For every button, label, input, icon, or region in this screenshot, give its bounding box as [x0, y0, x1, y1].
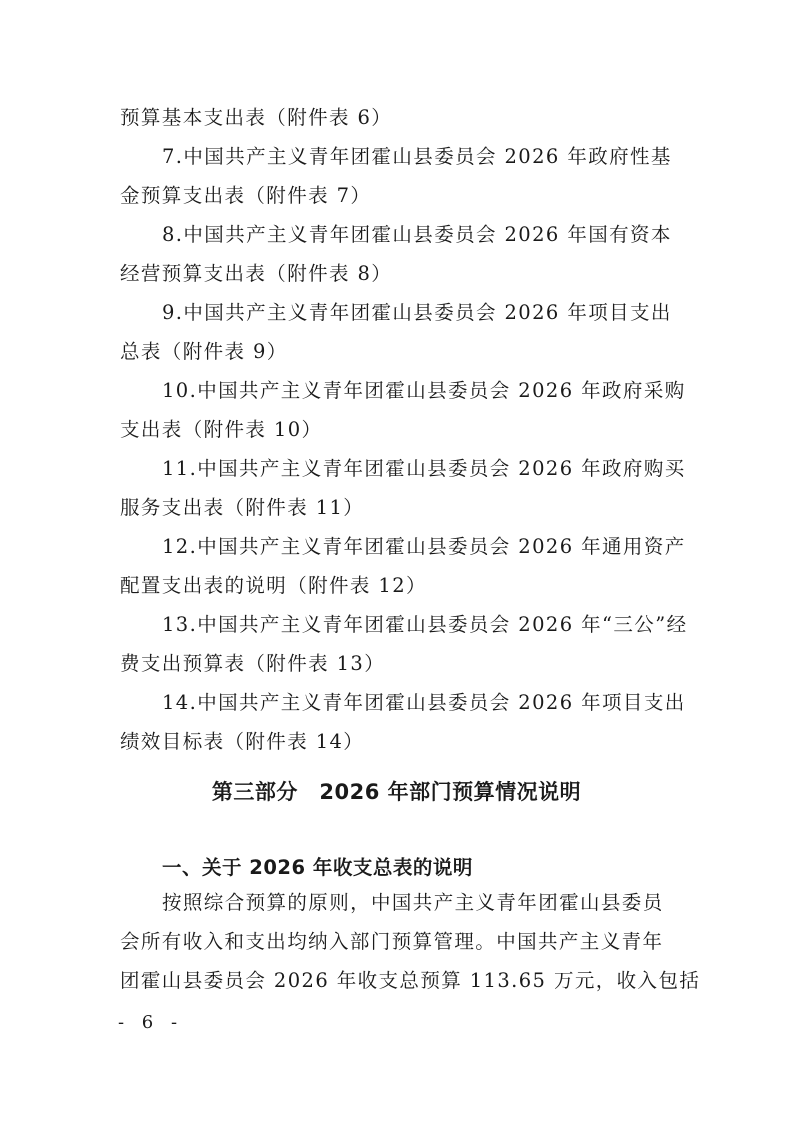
- list-line: 金预算支出表（附件表 7）: [120, 183, 680, 209]
- subheading: 一、关于 2026 年收支总表的说明: [162, 852, 473, 880]
- paragraph-line: 按照综合预算的原则，中国共产主义青年团霍山县委员: [162, 890, 680, 916]
- section-heading: 第三部分 2026 年部门预算情况说明: [0, 776, 793, 806]
- list-item-8: 8.中国共产主义青年团霍山县委员会 2026 年国有资本: [162, 222, 680, 248]
- list-item-12: 12.中国共产主义青年团霍山县委员会 2026 年通用资产: [162, 534, 680, 560]
- list-line: 总表（附件表 9）: [120, 339, 680, 365]
- list-item-7: 7.中国共产主义青年团霍山县委员会 2026 年政府性基: [162, 144, 680, 170]
- list-line: 服务支出表（附件表 11）: [120, 495, 680, 521]
- list-item-10: 10.中国共产主义青年团霍山县委员会 2026 年政府采购: [162, 378, 680, 404]
- list-line: 配置支出表的说明（附件表 12）: [120, 573, 680, 599]
- list-line: 绩效目标表（附件表 14）: [120, 729, 680, 755]
- list-line: 预算基本支出表（附件表 6）: [120, 105, 680, 131]
- list-line: 费支出预算表（附件表 13）: [120, 651, 680, 677]
- page-number: - 6 -: [118, 1012, 183, 1033]
- list-item-14: 14.中国共产主义青年团霍山县委员会 2026 年项目支出: [162, 690, 680, 716]
- list-line: 支出表（附件表 10）: [120, 417, 680, 443]
- list-item-9: 9.中国共产主义青年团霍山县委员会 2026 年项目支出: [162, 300, 680, 326]
- paragraph-line: 团霍山县委员会 2026 年收支总预算 113.65 万元，收入包括: [120, 968, 680, 994]
- list-item-13: 13.中国共产主义青年团霍山县委员会 2026 年“三公”经: [162, 612, 680, 638]
- paragraph-line: 会所有收入和支出均纳入部门预算管理。中国共产主义青年: [120, 929, 680, 955]
- list-item-11: 11.中国共产主义青年团霍山县委员会 2026 年政府购买: [162, 456, 680, 482]
- list-line: 经营预算支出表（附件表 8）: [120, 261, 680, 287]
